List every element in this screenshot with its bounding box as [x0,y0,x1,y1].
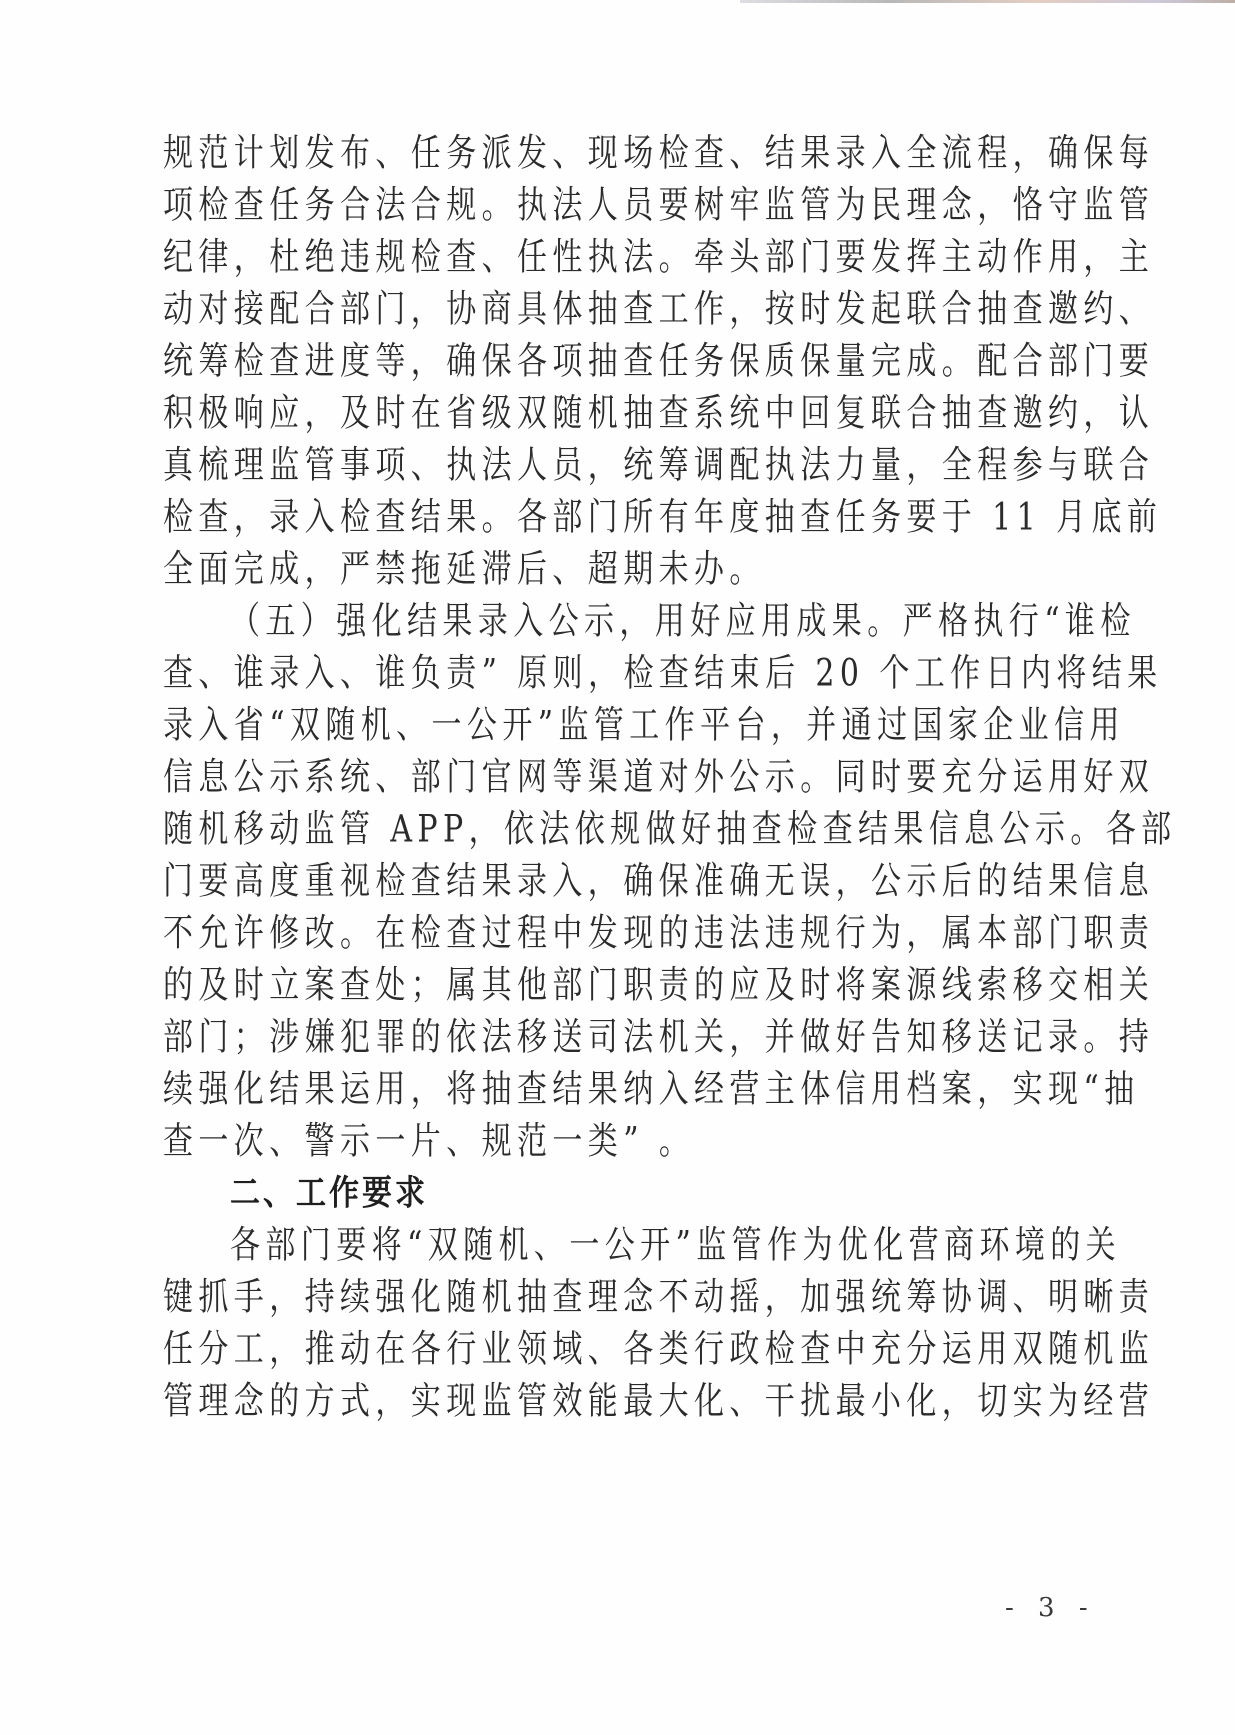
document-page: 规范计划发布、任务派发、现场检查、结果录入全流程，确保每 项检查任务合法合规。执… [0,0,1235,1735]
page-number: - 3 - [1005,1593,1096,1623]
paragraph-line: 管理念的方式，实现监管效能最大化、干扰最小化，切实为经营 [163,1370,1085,1435]
